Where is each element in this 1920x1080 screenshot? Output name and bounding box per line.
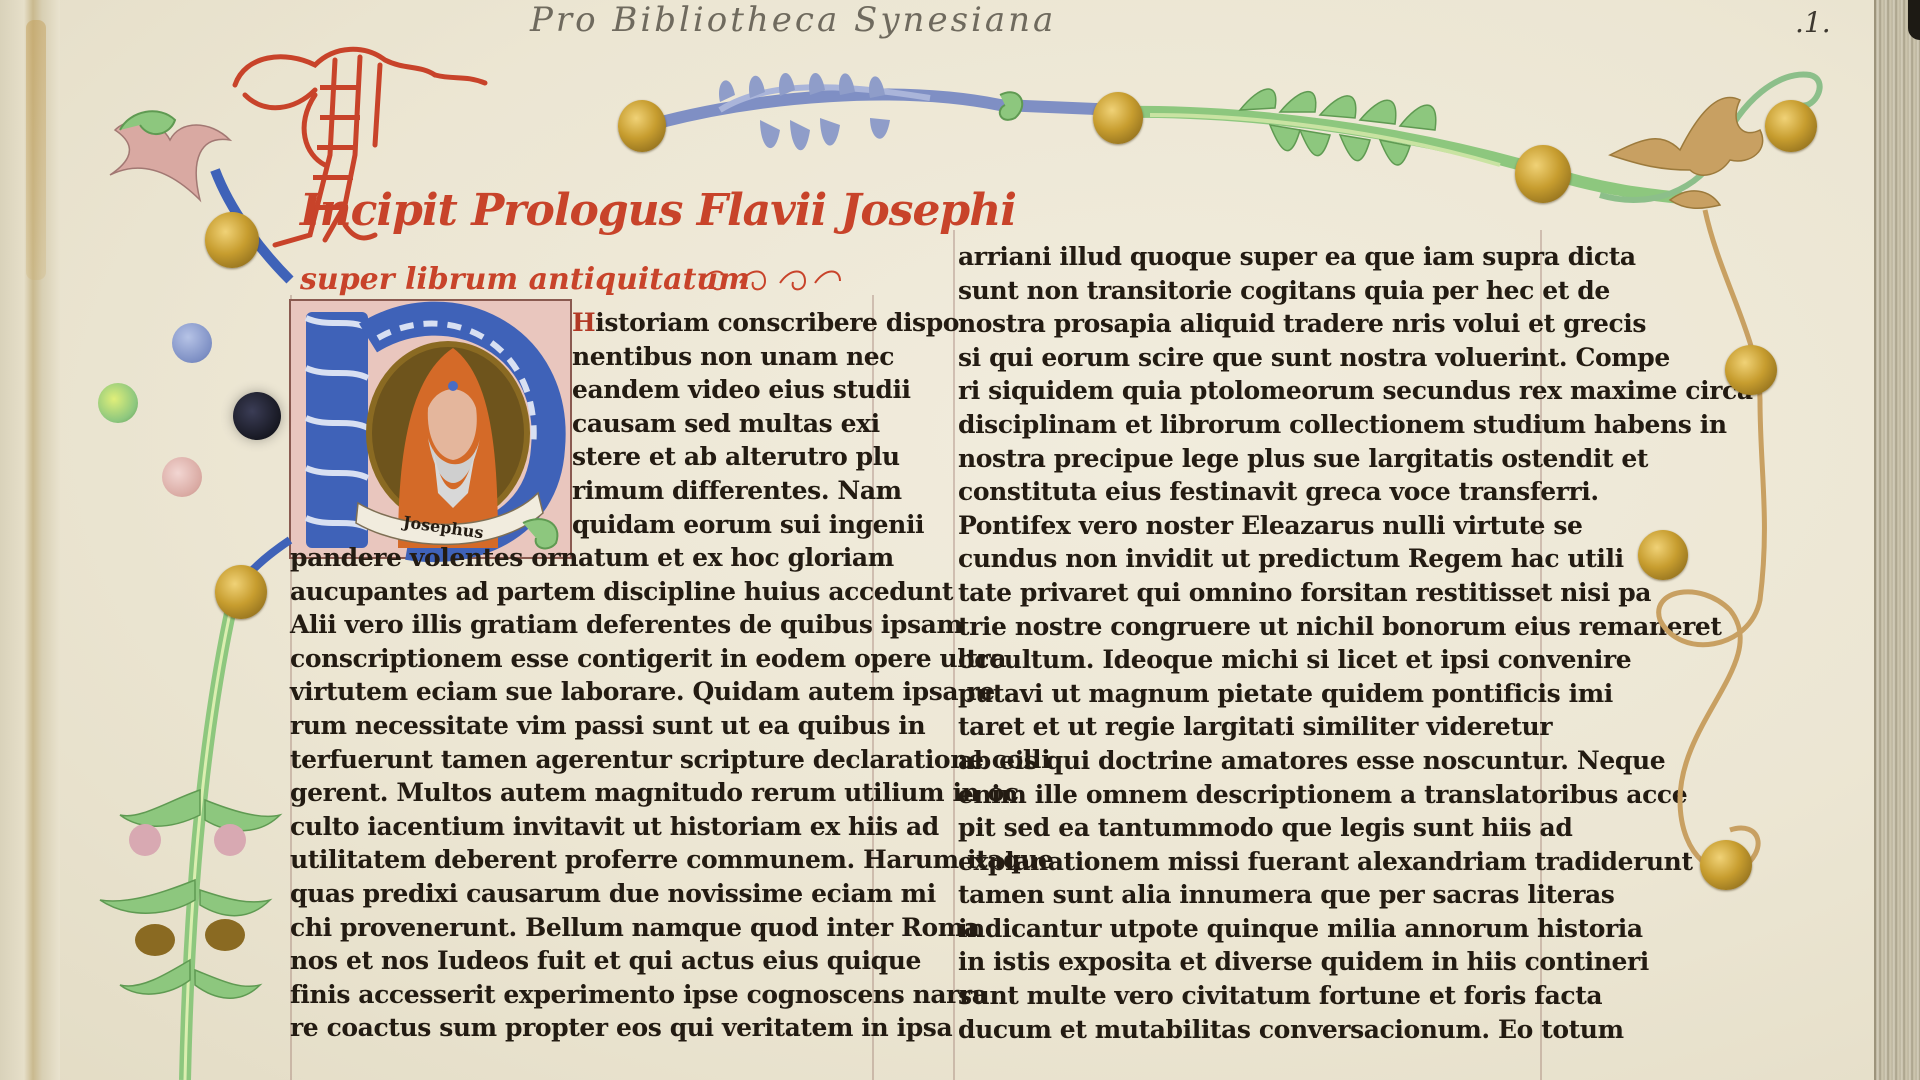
- gold-bezant: [1515, 145, 1571, 203]
- gold-bezant: [1765, 100, 1817, 152]
- gold-bezant: [1725, 345, 1777, 395]
- manuscript-page: Pro Bibliotheca Synesiana .1. Incipit Pr…: [0, 0, 1920, 1080]
- gold-bezant: [1700, 840, 1752, 890]
- gold-bezant: [1638, 530, 1688, 580]
- top-border-vine: [0, 0, 1920, 1080]
- green-dot: [98, 383, 138, 423]
- gold-bezant: [205, 212, 259, 268]
- gold-bezant: [215, 565, 267, 619]
- gold-bezant: [1093, 92, 1143, 144]
- pink-dot: [162, 457, 202, 497]
- black-dot: [233, 392, 281, 440]
- gold-bezant: [618, 100, 666, 152]
- blue-dot: [172, 323, 212, 363]
